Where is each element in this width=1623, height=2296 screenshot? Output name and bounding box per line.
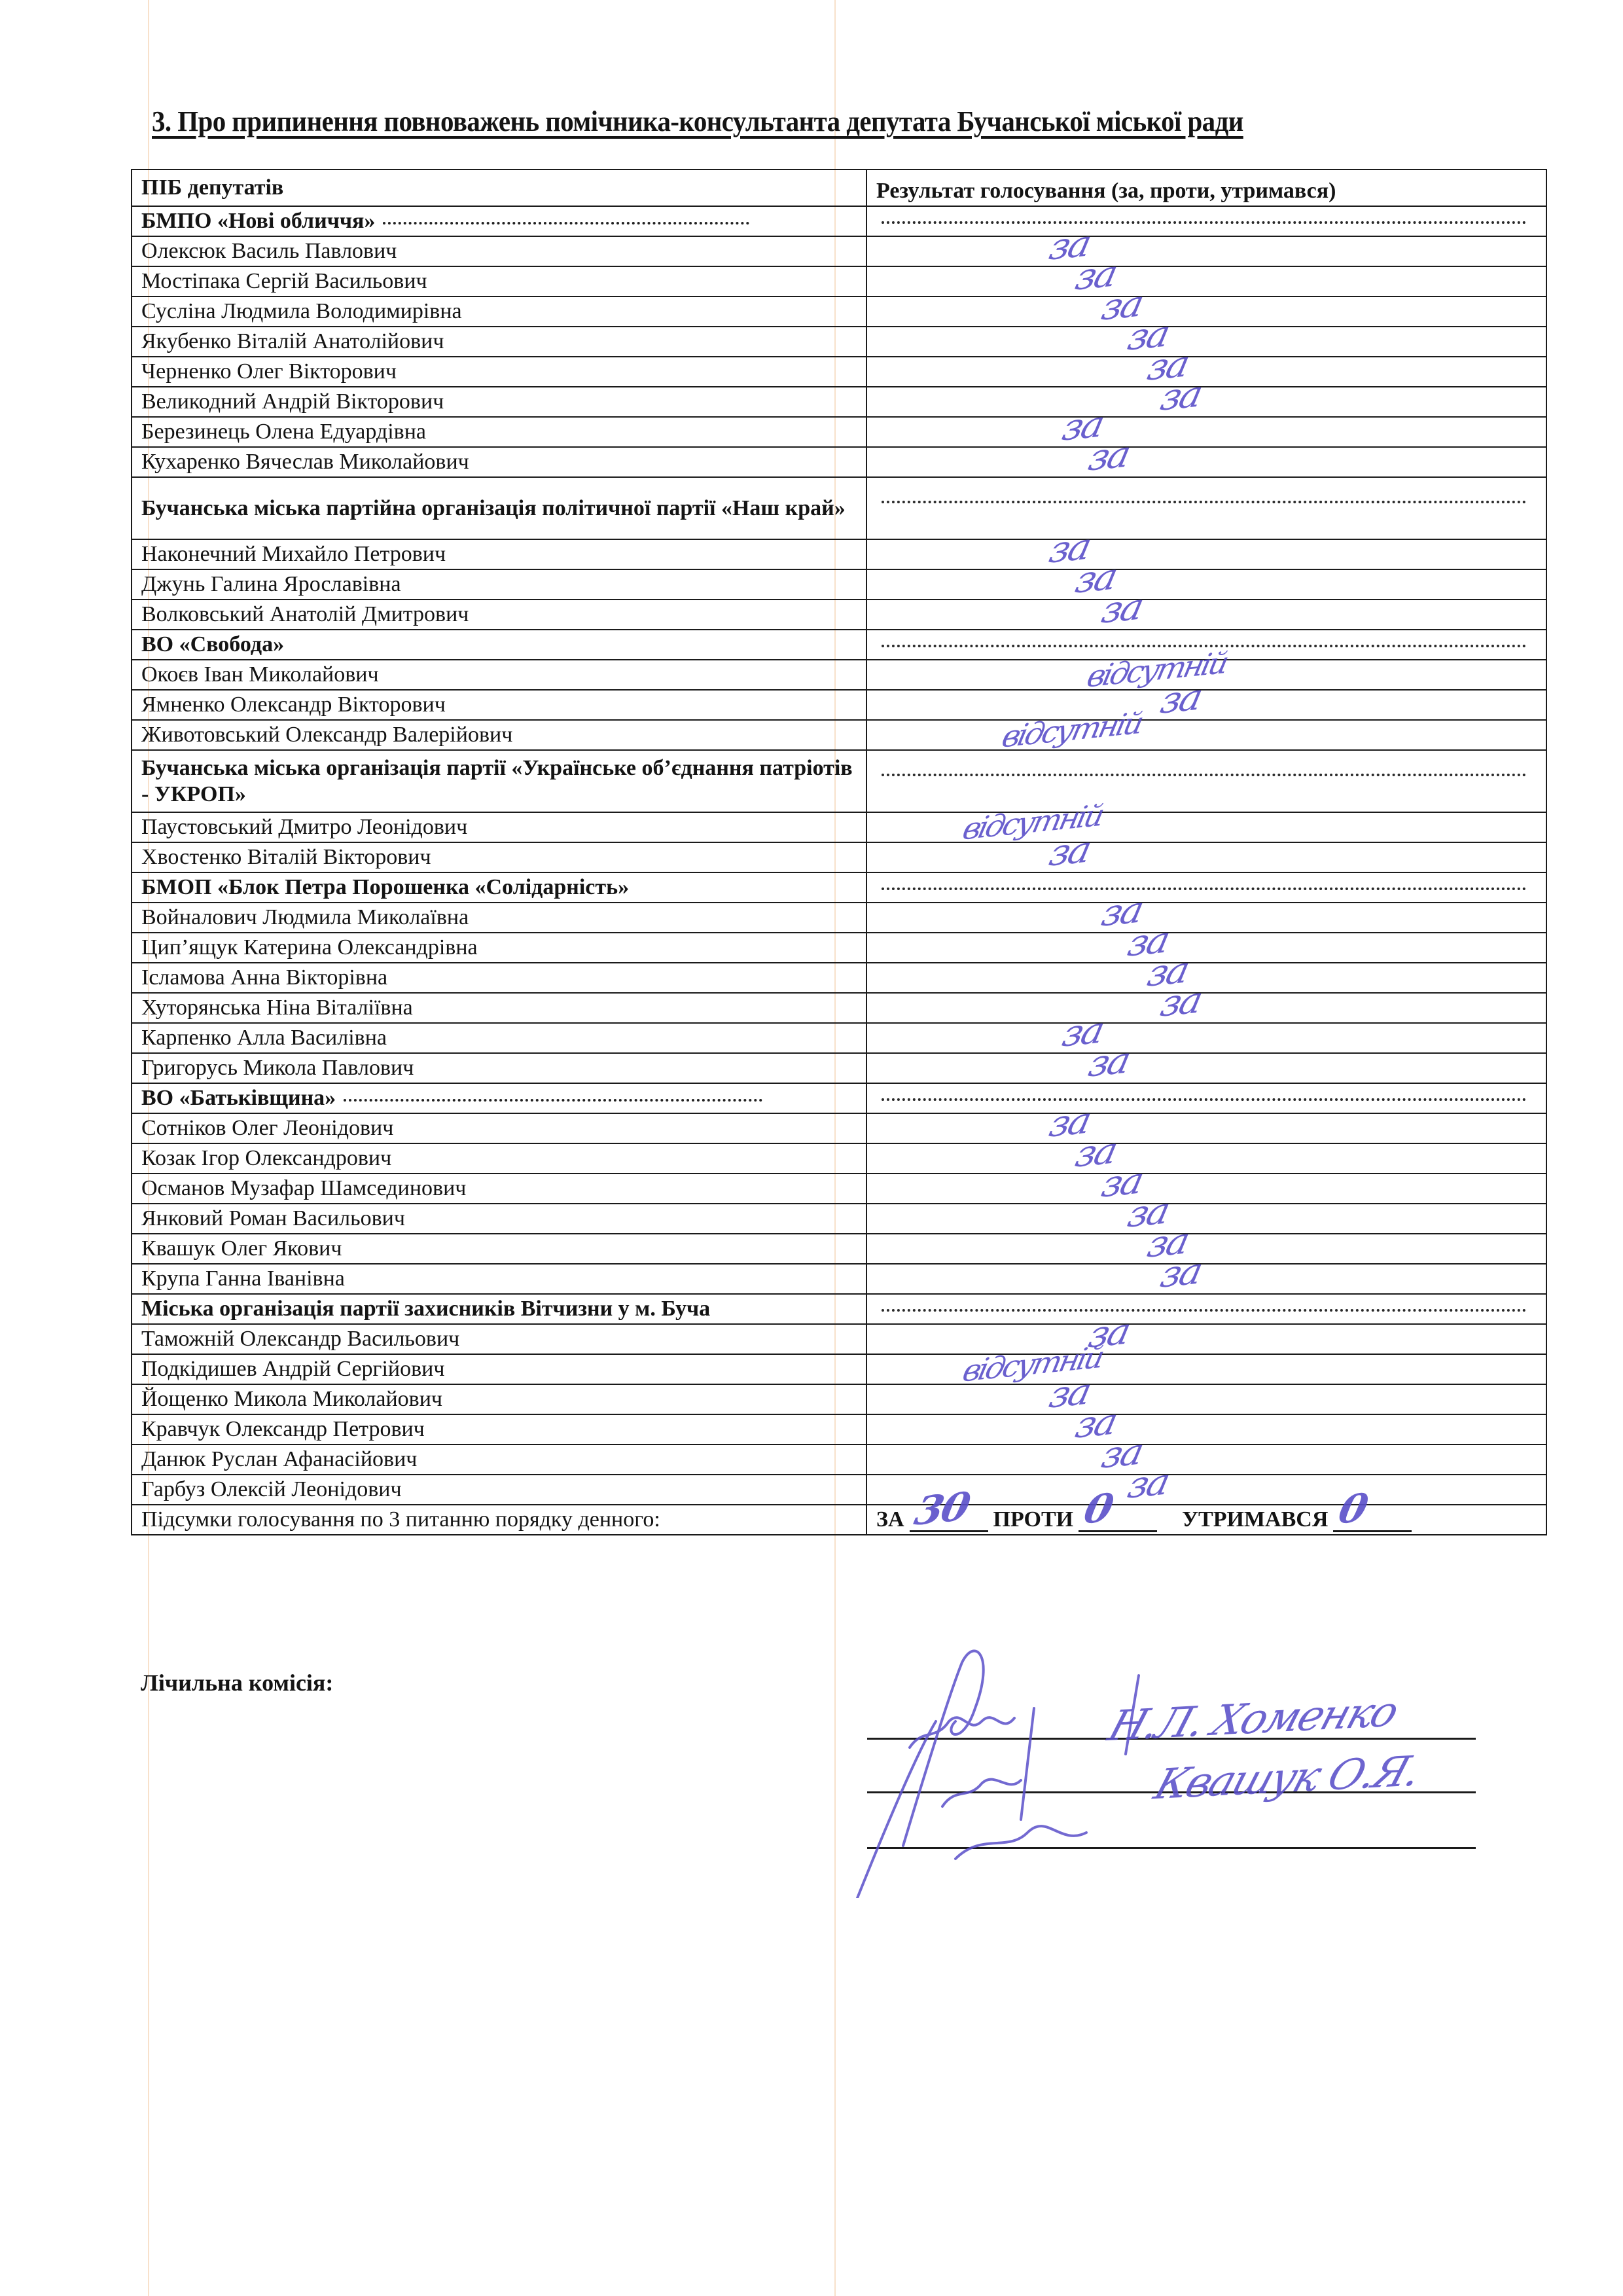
deputy-name: Паустовський Дмитро Леонідович <box>132 812 866 842</box>
table-row: Григорусь Микола Павловичза <box>132 1053 1546 1083</box>
table-row: Данюк Руслан Афанасійовичза <box>132 1444 1546 1475</box>
table-row: Ямненко Олександр Вікторовичза <box>132 690 1546 720</box>
table-row: Йощенко Микола Миколайовичза <box>132 1384 1546 1414</box>
deputy-name: Хуторянська Ніна Віталіївна <box>132 993 866 1023</box>
table-row: Волковський Анатолій Дмитровичза <box>132 600 1546 630</box>
for-count-field: 30 <box>910 1508 988 1532</box>
group-vote-cell <box>866 750 1546 812</box>
group-name-text: БМОП «Блок Петра Порошенка «Солідарність… <box>141 875 629 899</box>
vote-cell: за <box>866 236 1546 266</box>
deputy-name: Березинець Олена Едуардівна <box>132 417 866 447</box>
table-row: Джунь Галина Ярославівназа <box>132 569 1546 600</box>
table-row: Великодний Андрій Вікторовичза <box>132 387 1546 417</box>
vote-cell: за <box>866 357 1546 387</box>
deputy-name: Квашук Олег Якович <box>132 1234 866 1264</box>
deputy-name: Животовський Олександр Валерійович <box>132 720 866 750</box>
deputy-name: Хвостенко Віталій Вікторович <box>132 842 866 872</box>
deputy-name: Карпенко Алла Василівна <box>132 1023 866 1053</box>
deputy-name: Волковський Анатолій Дмитрович <box>132 600 866 630</box>
table-row: Карпенко Алла Василівназа <box>132 1023 1546 1053</box>
vote-cell: за <box>866 1264 1546 1294</box>
table-row: Черненко Олег Вікторовичза <box>132 357 1546 387</box>
vote-cell: за <box>866 1234 1546 1264</box>
table-row: Ісламова Анна Вікторівназа <box>132 963 1546 993</box>
vote-cell: за <box>866 1324 1546 1354</box>
deputy-name: Ісламова Анна Вікторівна <box>132 963 866 993</box>
dash-separator <box>882 645 1526 647</box>
vote-cell: відсутній <box>866 812 1546 842</box>
deputy-name: Мостіпака Сергій Васильович <box>132 266 866 296</box>
table-row: Олексюк Василь Павловичза <box>132 236 1546 266</box>
deputy-name: Ямненко Олександр Вікторович <box>132 690 866 720</box>
deputy-name: Османов Музафар Шамсединович <box>132 1174 866 1204</box>
group-name: ВО «Свобода» <box>132 630 866 660</box>
group-row: Бучанська міська партійна організація по… <box>132 477 1546 539</box>
vote-cell: за <box>866 933 1546 963</box>
deputy-name: Данюк Руслан Афанасійович <box>132 1444 866 1475</box>
group-vote-cell <box>866 1083 1546 1113</box>
voting-table: ПІБ депутатів Результат голосування (за,… <box>131 169 1547 1535</box>
vote-cell: за <box>866 1143 1546 1174</box>
table-row: Квашук Олег Яковичза <box>132 1234 1546 1264</box>
dash-separator <box>344 1098 762 1102</box>
vote-cell: за <box>866 903 1546 933</box>
vote-cell: за <box>866 1053 1546 1083</box>
deputy-name: Григорусь Микола Павлович <box>132 1053 866 1083</box>
table-row: Гарбуз Олексій Леонідовичза <box>132 1475 1546 1505</box>
group-name-text: БМПО «Нові обличчя» <box>141 209 375 233</box>
group-name: Бучанська міська організація партії «Укр… <box>132 750 866 812</box>
group-name: ВО «Батьківщина» <box>132 1083 866 1113</box>
group-row: ВО «Свобода» <box>132 630 1546 660</box>
vote-cell: за <box>866 1174 1546 1204</box>
abstain-label: УТРИМАВСЯ <box>1182 1507 1328 1533</box>
table-row: Сотніков Олег Леонідовичза <box>132 1113 1546 1143</box>
table-row: Паустовський Дмитро Леонідовичвідсутній <box>132 812 1546 842</box>
against-count-field: 0 <box>1079 1508 1157 1532</box>
deputy-name: Джунь Галина Ярославівна <box>132 569 866 600</box>
deputy-name: Янковий Роман Васильович <box>132 1204 866 1234</box>
table-row: Таможній Олександр Васильовичза <box>132 1324 1546 1354</box>
vote-cell: відсутній <box>866 720 1546 750</box>
vote-cell: за <box>866 387 1546 417</box>
header-deputies: ПІБ депутатів <box>132 170 866 206</box>
group-vote-cell <box>866 630 1546 660</box>
table-row: Цип’ящук Катерина Олександрівназа <box>132 933 1546 963</box>
header-vote-result: Результат голосування (за, проти, утрима… <box>866 170 1546 206</box>
deputy-name: Йощенко Микола Миколайович <box>132 1384 866 1414</box>
group-row: БМОП «Блок Петра Порошенка «Солідарність… <box>132 872 1546 903</box>
group-name-text: Міська організація партії захисників Віт… <box>141 1297 710 1321</box>
dash-separator <box>882 501 1526 503</box>
vote-cell: за <box>866 266 1546 296</box>
dash-separator <box>882 1309 1526 1312</box>
group-row: Міська організація партії захисників Віт… <box>132 1294 1546 1324</box>
vote-cell: за <box>866 1204 1546 1234</box>
against-label: ПРОТИ <box>993 1507 1074 1533</box>
vote-cell: за <box>866 1113 1546 1143</box>
table-row: Войналович Людмила Миколаївназа <box>132 903 1546 933</box>
deputy-name: Черненко Олег Вікторович <box>132 357 866 387</box>
vote-cell: за <box>866 1023 1546 1053</box>
table-row: Березинець Олена Едуардівназа <box>132 417 1546 447</box>
deputy-name: Крупа Ганна Іванівна <box>132 1264 866 1294</box>
dash-separator <box>383 221 749 224</box>
deputy-name: Гарбуз Олексій Леонідович <box>132 1475 866 1505</box>
group-name: БМПО «Нові обличчя» <box>132 206 866 236</box>
group-vote-cell <box>866 872 1546 903</box>
group-name: Міська організація партії захисників Віт… <box>132 1294 866 1324</box>
vote-cell: за <box>866 993 1546 1023</box>
dash-separator <box>882 888 1526 890</box>
table-row: Хвостенко Віталій Вікторовичза <box>132 842 1546 872</box>
vote-cell: за <box>866 296 1546 327</box>
dash-separator <box>882 1098 1526 1101</box>
deputy-name: Олексюк Василь Павлович <box>132 236 866 266</box>
table-row: Крупа Ганна Іванівназа <box>132 1264 1546 1294</box>
deputy-name: Наконечний Михайло Петрович <box>132 539 866 569</box>
group-row: ВО «Батьківщина» <box>132 1083 1546 1113</box>
dash-separator <box>882 221 1526 224</box>
deputy-name: Якубенко Віталій Анатолійович <box>132 327 866 357</box>
table-row: Сусліна Людмила Володимирівназа <box>132 296 1546 327</box>
vote-cell: за <box>866 327 1546 357</box>
vote-cell: за <box>866 1414 1546 1444</box>
summary-row: Підсумки голосування по 3 питанню порядк… <box>132 1505 1546 1535</box>
table-row: Янковий Роман Васильовичза <box>132 1204 1546 1234</box>
group-name-text: ВО «Батьківщина» <box>141 1086 336 1110</box>
summary-label: Підсумки голосування по 3 питанню порядк… <box>132 1505 866 1535</box>
vote-cell: за <box>866 600 1546 630</box>
vote-cell: за <box>866 1475 1546 1505</box>
vote-cell: за <box>866 539 1546 569</box>
vote-cell: за <box>866 447 1546 477</box>
table-row: Кухаренко Вячеслав Миколайовичза <box>132 447 1546 477</box>
vote-cell: відсутній <box>866 1354 1546 1384</box>
table-header-row: ПІБ депутатів Результат голосування (за,… <box>132 170 1546 206</box>
deputy-name: Великодний Андрій Вікторович <box>132 387 866 417</box>
table-row: Окоєв Іван Миколайовичвідсутній <box>132 660 1546 690</box>
group-name: Бучанська міська партійна організація по… <box>132 477 866 539</box>
deputy-name: Цип’ящук Катерина Олександрівна <box>132 933 866 963</box>
table-row: Животовський Олександр Валерійовичвідсут… <box>132 720 1546 750</box>
table-row: Мостіпака Сергій Васильовичза <box>132 266 1546 296</box>
deputy-name: Войналович Людмила Миколаївна <box>132 903 866 933</box>
vote-cell: за <box>866 417 1546 447</box>
deputy-name: Кухаренко Вячеслав Миколайович <box>132 447 866 477</box>
group-name-text: ВО «Свобода» <box>141 632 284 656</box>
dash-separator <box>882 774 1526 776</box>
abstain-count-field: 0 <box>1333 1508 1412 1532</box>
group-name-text: Бучанська міська партійна організація по… <box>141 496 846 520</box>
table-row: Козак Ігор Олександровичза <box>132 1143 1546 1174</box>
vote-cell: за <box>866 963 1546 993</box>
vote-cell: відсутній <box>866 660 1546 690</box>
group-vote-cell <box>866 206 1546 236</box>
page-title: 3. Про припинення повноважень помічника-… <box>152 105 1272 138</box>
vote-cell: за <box>866 1384 1546 1414</box>
group-vote-cell <box>866 477 1546 539</box>
deputy-name: Окоєв Іван Миколайович <box>132 660 866 690</box>
group-vote-cell <box>866 1294 1546 1324</box>
deputy-name: Сотніков Олег Леонідович <box>132 1113 866 1143</box>
deputy-name: Подкідишев Андрій Сергійович <box>132 1354 866 1384</box>
vote-cell: за <box>866 1444 1546 1475</box>
vote-cell: за <box>866 569 1546 600</box>
deputy-name: Сусліна Людмила Володимирівна <box>132 296 866 327</box>
deputy-name: Таможній Олександр Васильович <box>132 1324 866 1354</box>
table-row: Подкідишев Андрій Сергійовичвідсутній <box>132 1354 1546 1384</box>
table-row: Османов Музафар Шамсединовичза <box>132 1174 1546 1204</box>
table-row: Кравчук Олександр Петровичза <box>132 1414 1546 1444</box>
group-row: Бучанська міська організація партії «Укр… <box>132 750 1546 812</box>
table-row: Якубенко Віталій Анатолійовичза <box>132 327 1546 357</box>
table-row: Наконечний Михайло Петровичза <box>132 539 1546 569</box>
counting-commission-label: Лічильна комісія: <box>141 1669 333 1696</box>
group-name: БМОП «Блок Петра Порошенка «Солідарність… <box>132 872 866 903</box>
summary-results: ЗА30ПРОТИ0УТРИМАВСЯ0 <box>866 1505 1546 1535</box>
vote-cell: за <box>866 690 1546 720</box>
table-row: Хуторянська Ніна Віталіївназа <box>132 993 1546 1023</box>
for-label: ЗА <box>876 1507 904 1533</box>
group-row: БМПО «Нові обличчя» <box>132 206 1546 236</box>
deputy-name: Кравчук Олександр Петрович <box>132 1414 866 1444</box>
deputy-name: Козак Ігор Олександрович <box>132 1143 866 1174</box>
vote-cell: за <box>866 842 1546 872</box>
group-name-text: Бучанська міська організація партії «Укр… <box>141 756 853 806</box>
